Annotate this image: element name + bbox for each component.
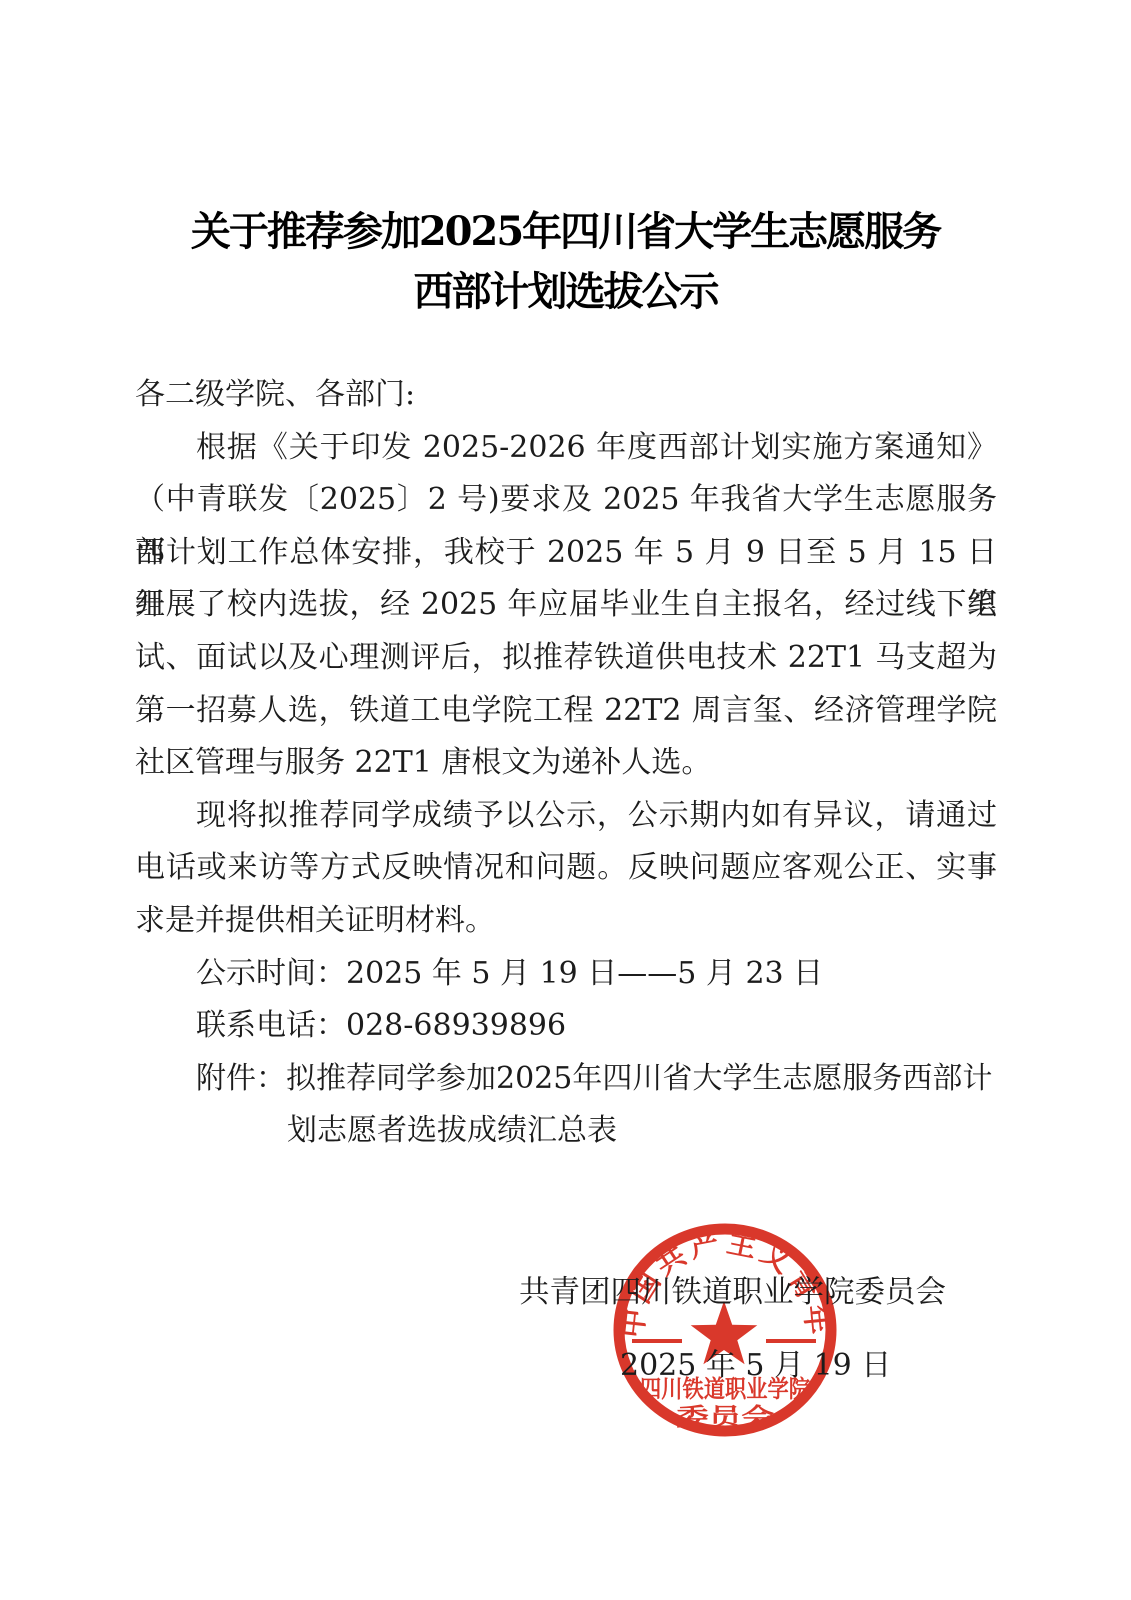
body-line: 部计划工作总体安排，我校于 2025 年 5 月 9 日至 5 月 15 日组织 xyxy=(135,527,997,580)
body-line: 社区管理与服务 22T1 唐根文为递补人选。 xyxy=(135,737,997,790)
body-line: 试、面试以及心理测评后，拟推荐铁道供电技术 22T1 马支超为 xyxy=(135,632,997,685)
body-line: 现将拟推荐同学成绩予以公示，公示期内如有异议，请通过 xyxy=(135,790,997,843)
seal-inner-text-2: 委员会 xyxy=(676,1402,774,1431)
title-line-1: 关于推荐参加2025年四川省大学生志愿服务 xyxy=(0,202,1131,262)
document-page: 关于推荐参加2025年四川省大学生志愿服务 西部计划选拔公示 各二级学院、各部门… xyxy=(0,0,1131,1600)
publicity-period-line: 公示时间：2025 年 5 月 19 日——5 月 23 日 xyxy=(135,948,997,1001)
contact-phone-line: 联系电话：028-68939896 xyxy=(135,1000,997,1053)
body-line: 开展了校内选拔，经 2025 年应届毕业生自主报名，经过线下笔 xyxy=(135,579,997,632)
body-line: 第一招募人选，铁道工电学院工程 22T2 周言玺、经济管理学院 xyxy=(135,685,997,738)
title-line-2: 西部计划选拔公示 xyxy=(0,262,1131,322)
attachment-line: 划志愿者选拔成绩汇总表 xyxy=(135,1105,997,1158)
document-date: 2025 年 5 月 19 日 xyxy=(620,1346,891,1386)
salutation-line: 各二级学院、各部门: xyxy=(135,369,997,422)
body-line: 求是并提供相关证明材料。 xyxy=(135,895,997,948)
body-line: 电话或来访等方式反映情况和问题。反映问题应客观公正、实事 xyxy=(135,842,997,895)
document-title: 关于推荐参加2025年四川省大学生志愿服务 西部计划选拔公示 xyxy=(0,202,1131,322)
document-body: 各二级学院、各部门: 根据《关于印发 2025-2026 年度西部计划实施方案通… xyxy=(135,369,997,1158)
issuing-organization: 共青团四川铁道职业学院委员会 xyxy=(519,1273,946,1313)
body-line: 根据《关于印发 2025-2026 年度西部计划实施方案通知》 xyxy=(135,422,997,475)
official-seal: 中国共产主义青年团 四川铁道职业学院 委员会 xyxy=(608,1218,842,1442)
body-line: （中青联发〔2025〕2 号)要求及 2025 年我省大学生志愿服务西 xyxy=(135,474,997,527)
attachment-line: 附件：拟推荐同学参加2025年四川省大学生志愿服务西部计 xyxy=(135,1053,997,1106)
